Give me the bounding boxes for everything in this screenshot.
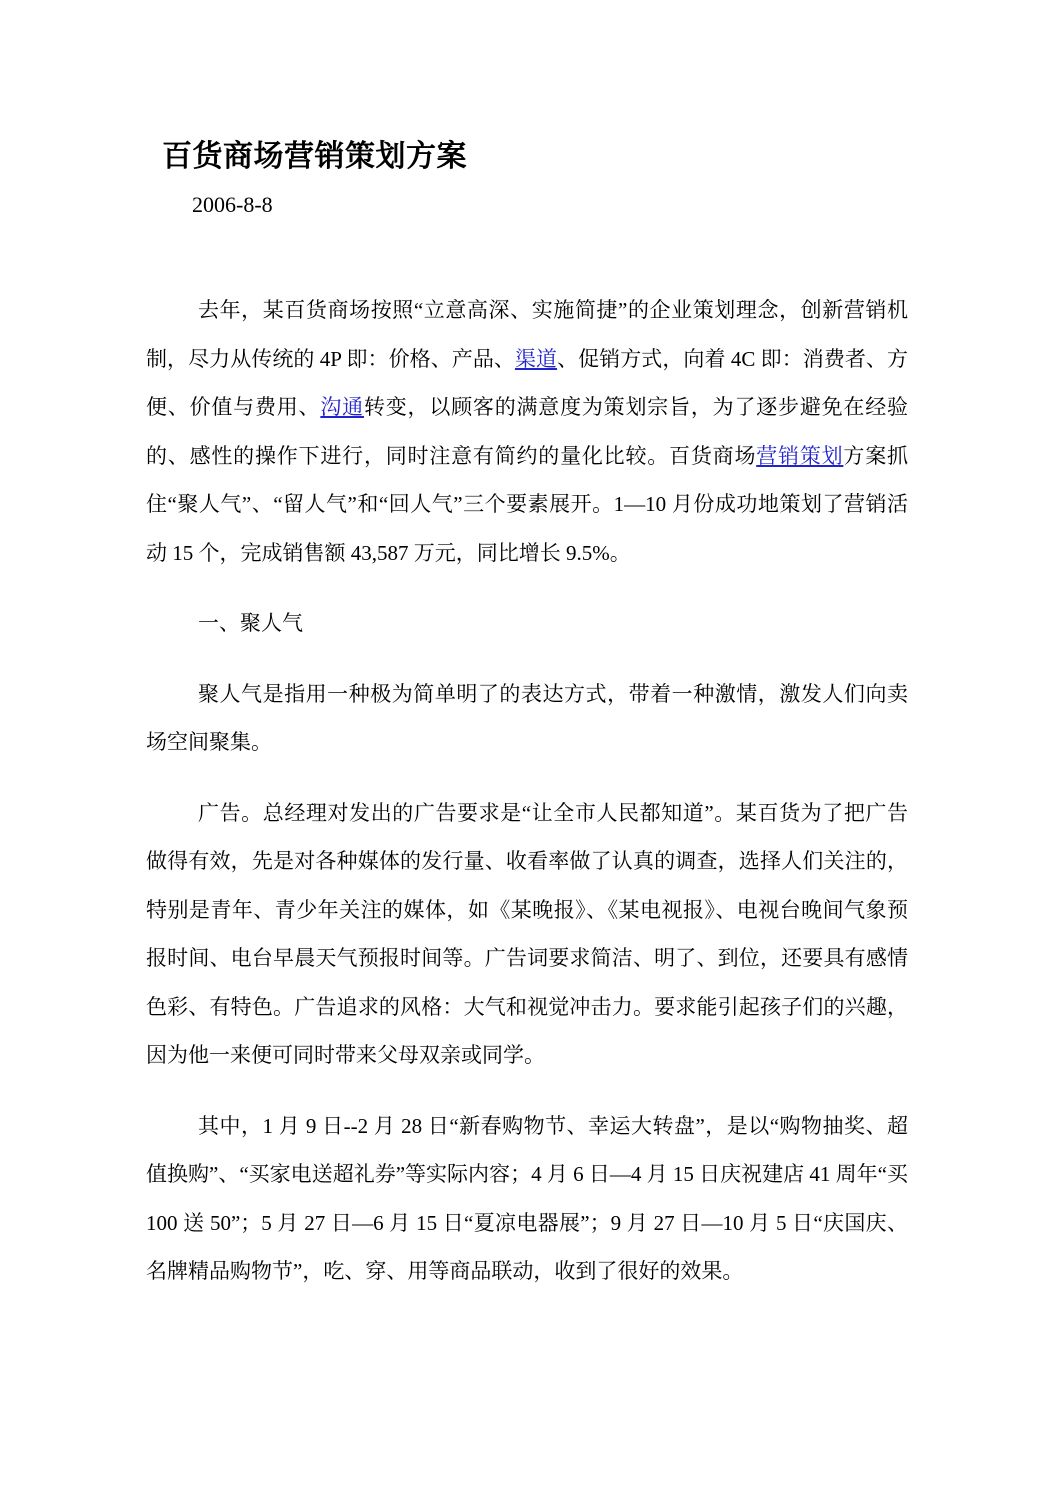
text-run: 广告。总经理对发出的广告要求是“让全市人民都知道”。某百货为了把广告做得有效，先… [146, 801, 908, 1068]
paragraph: 其中，1 月 9 日--2 月 28 日“新春购物节、幸运大转盘”，是以“购物抽… [146, 1102, 908, 1296]
paragraph: 广告。总经理对发出的广告要求是“让全市人民都知道”。某百货为了把广告做得有效，先… [146, 789, 908, 1080]
document-date: 2006-8-8 [192, 192, 908, 218]
text-run: 一、聚人气 [198, 611, 303, 635]
document-title: 百货商场营销策划方案 [162, 138, 908, 176]
document-content: 百货商场营销策划方案 2006-8-8 去年，某百货商场按照“立意高深、实施简捷… [146, 138, 908, 1318]
hyperlink-沟通[interactable]: 沟通 [320, 395, 364, 419]
document-body: 去年，某百货商场按照“立意高深、实施简捷”的企业策划理念，创新营销机制，尽力从传… [146, 286, 908, 1296]
hyperlink-渠道[interactable]: 渠道 [515, 347, 557, 371]
text-run: 聚人气是指用一种极为简单明了的表达方式，带着一种激情，激发人们向卖场空间聚集。 [146, 682, 908, 755]
paragraph: 聚人气是指用一种极为简单明了的表达方式，带着一种激情，激发人们向卖场空间聚集。 [146, 670, 908, 767]
section-heading: 一、聚人气 [146, 599, 908, 648]
hyperlink-营销策划[interactable]: 营销策划 [756, 444, 843, 468]
document-page: 百货商场营销策划方案 2006-8-8 去年，某百货商场按照“立意高深、实施简捷… [0, 0, 1059, 1497]
paragraph: 去年，某百货商场按照“立意高深、实施简捷”的企业策划理念，创新营销机制，尽力从传… [146, 286, 908, 577]
text-run: 其中，1 月 9 日--2 月 28 日“新春购物节、幸运大转盘”，是以“购物抽… [146, 1114, 908, 1284]
